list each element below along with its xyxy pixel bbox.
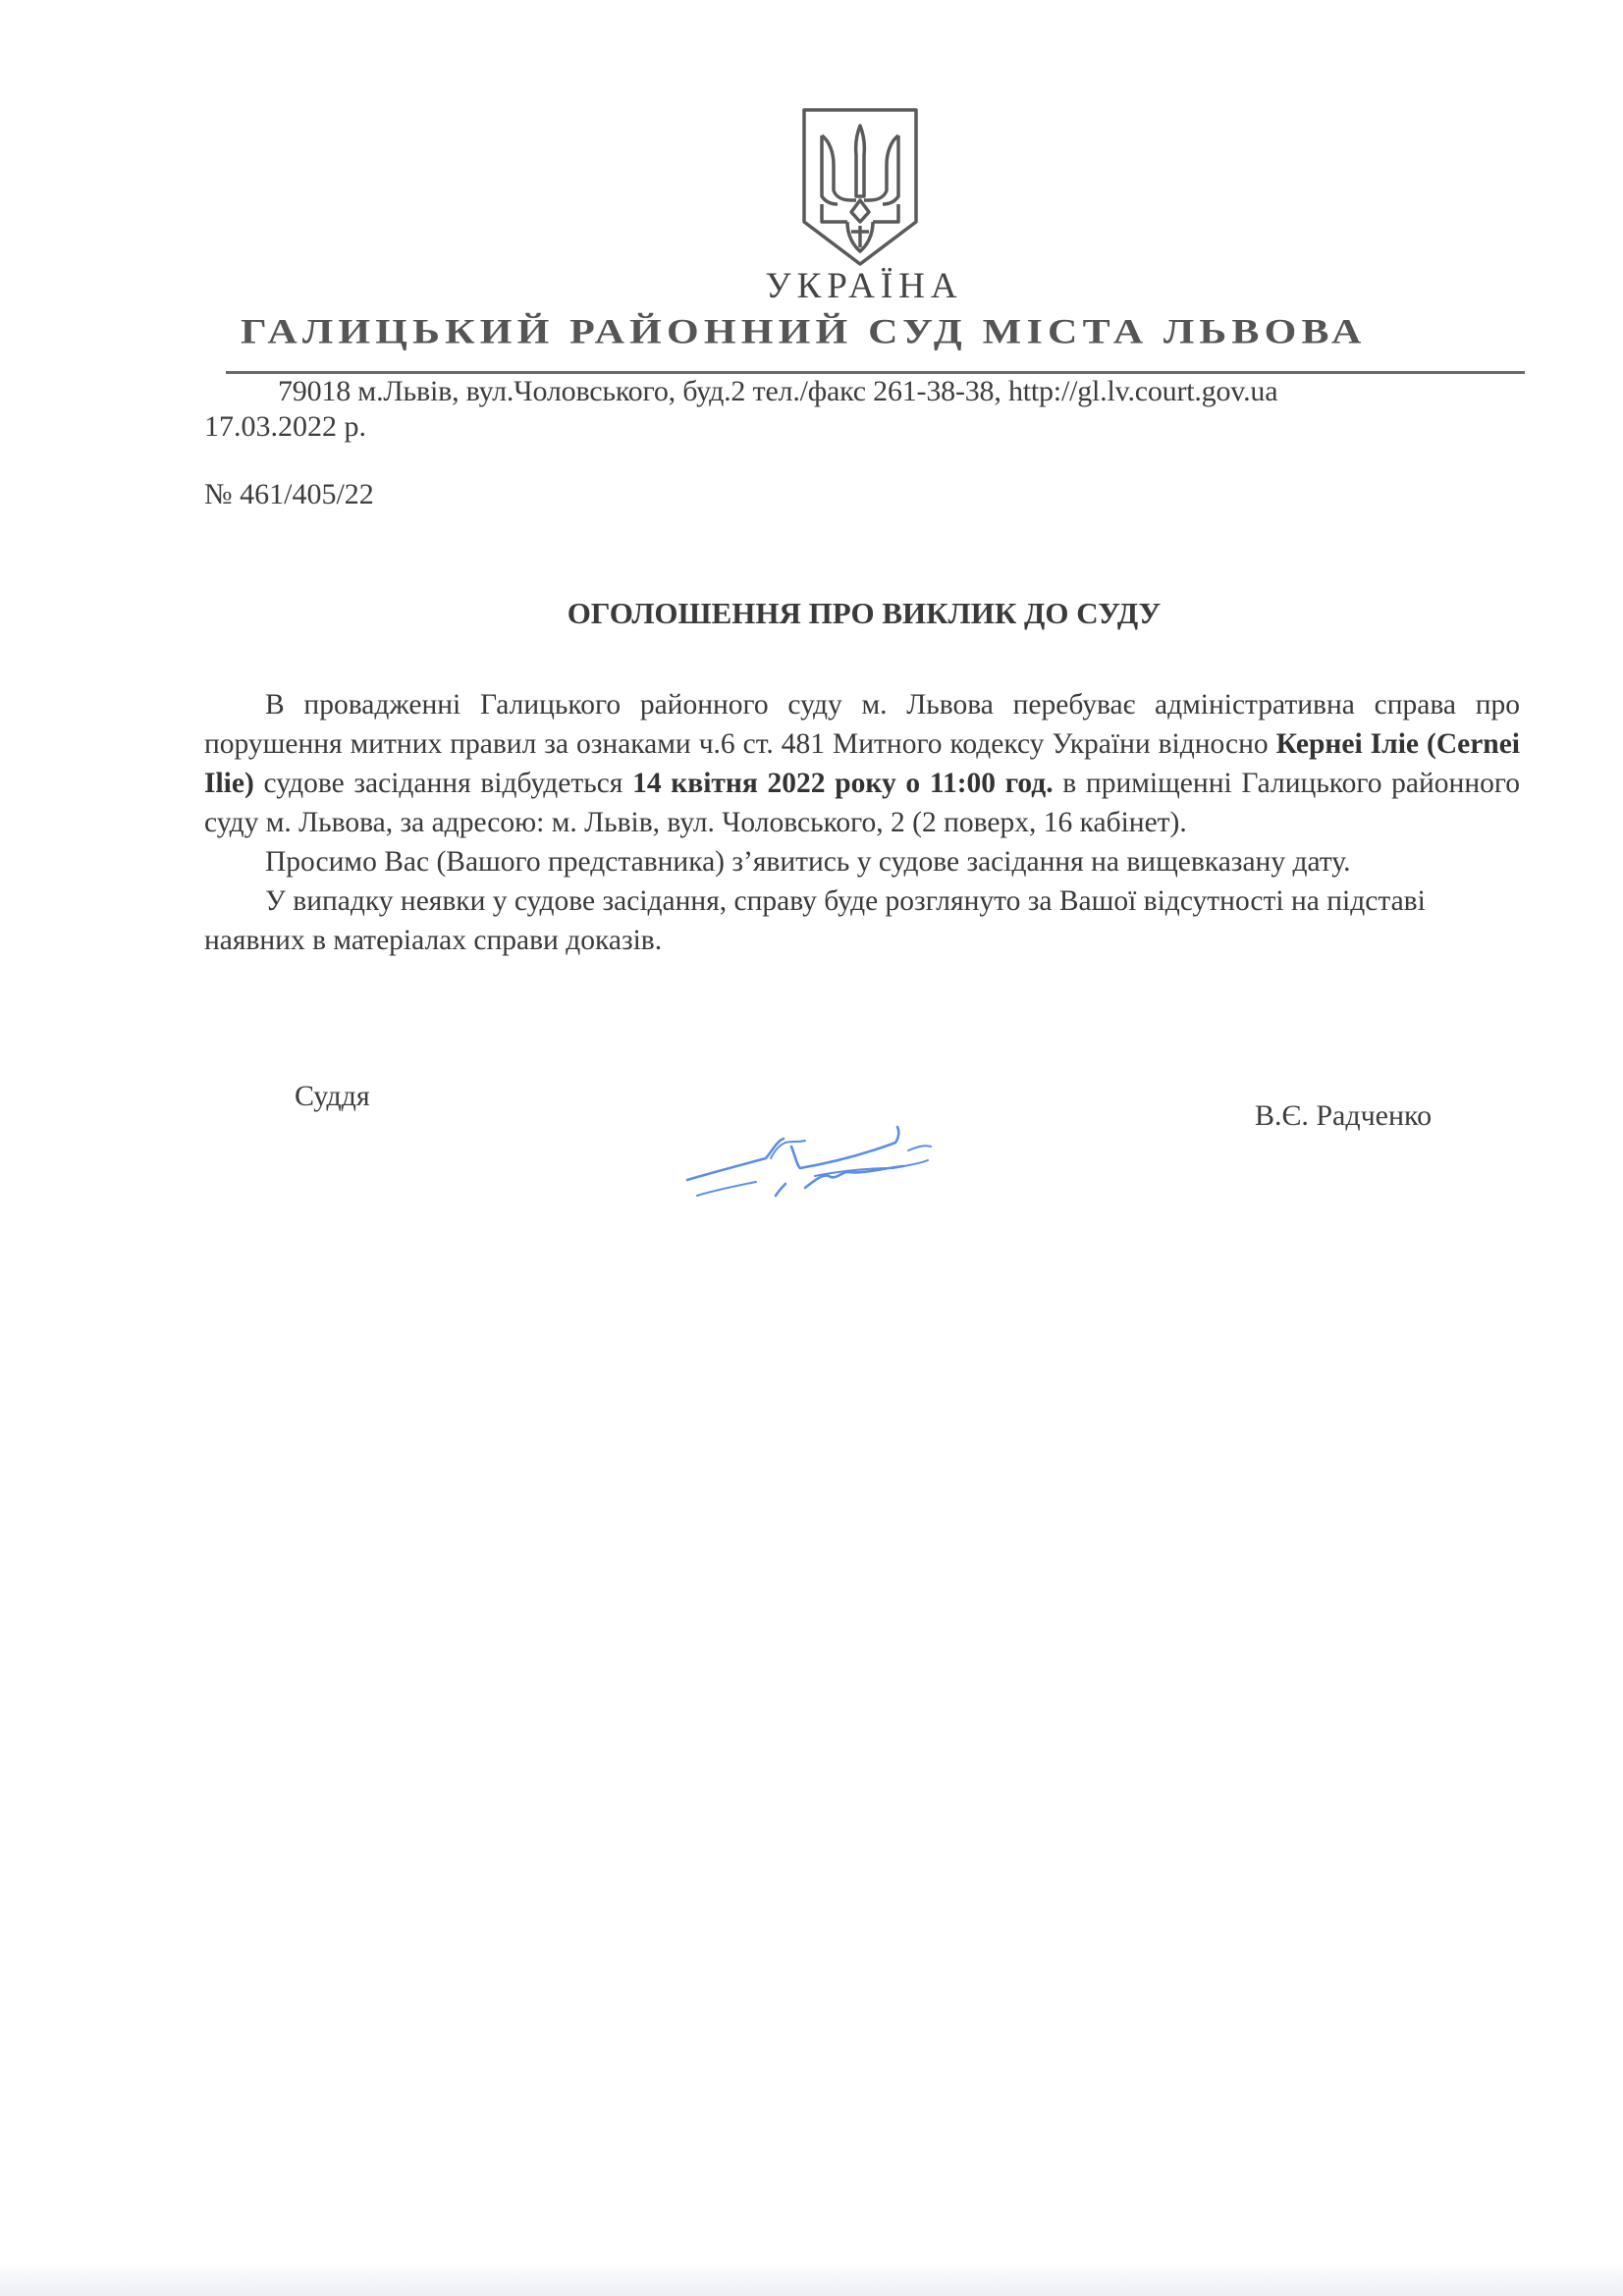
judge-name: В.Є. Радченко (1255, 1099, 1432, 1133)
document-title: ОГОЛОШЕННЯ ПРО ВИКЛИК ДО СУДУ (0, 596, 1623, 631)
paragraph-request: Просимо Вас (Вашого представника) з’явит… (204, 842, 1520, 881)
court-address: 79018 м.Львів, вул.Чоловського, буд.2 те… (278, 375, 1277, 408)
paragraph-summons: В провадженні Галицького районного суду … (204, 685, 1520, 842)
ukraine-coat-of-arms-icon (800, 106, 920, 268)
case-number: № 461/405/22 (204, 478, 374, 511)
summons-text: судове засідання відбудеться (254, 768, 632, 799)
paragraph-consequence: У випадку неявки у судове засідання, спр… (204, 881, 1520, 960)
document-body: В провадженні Галицького районного суду … (204, 685, 1520, 960)
hearing-datetime: 14 квітня 2022 року о 11:00 год. (632, 768, 1054, 799)
judge-role: Суддя (295, 1080, 370, 1113)
header-divider (226, 371, 1525, 374)
country-name: УКРАЇНА (0, 265, 1623, 307)
court-name: ГАЛИЦЬКИЙ РАЙОННИЙ СУД МІСТА ЛЬВОВА (241, 312, 1488, 352)
document-date: 17.03.2022 р. (204, 410, 366, 444)
scan-edge-artifact (0, 2263, 1623, 2296)
handwritten-signature (668, 1119, 962, 1217)
